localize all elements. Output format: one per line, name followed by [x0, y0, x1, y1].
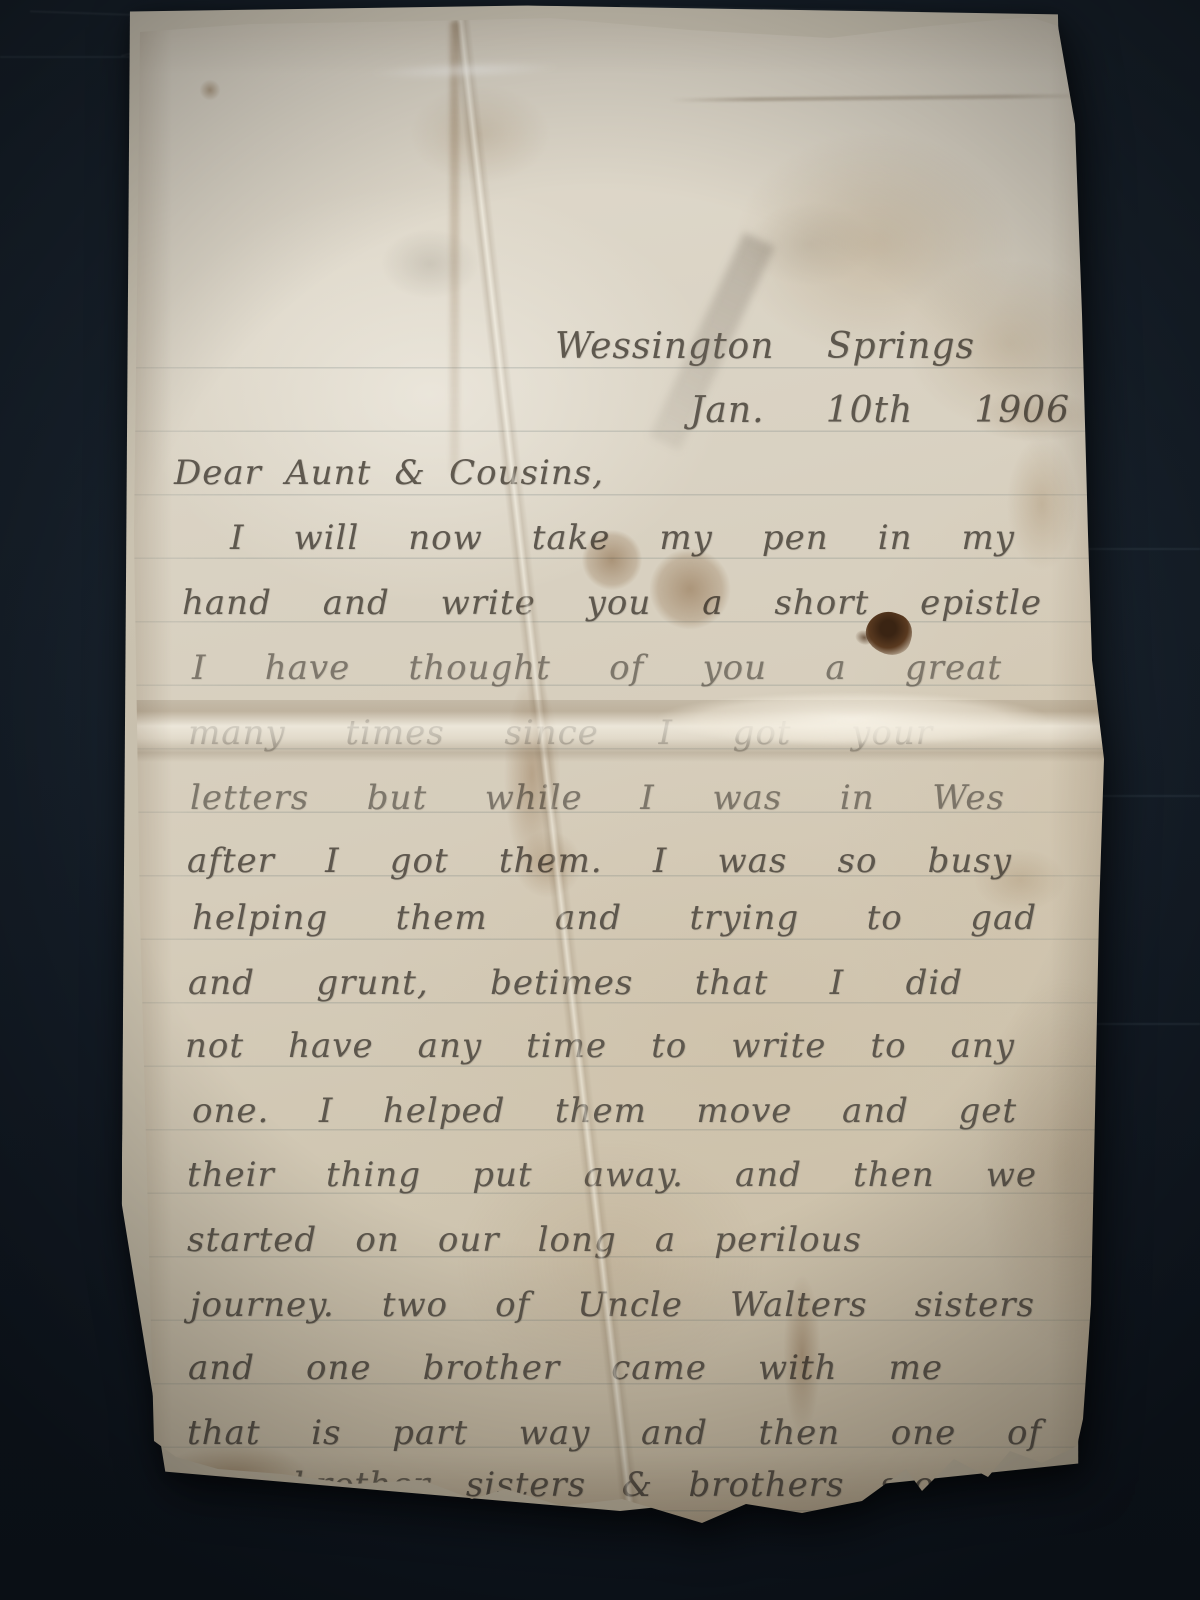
edge-shading — [130, 14, 1105, 1529]
background-seam — [0, 56, 150, 58]
photo-background: Wessington Springs Jan. 10th 1906 Dear A… — [0, 0, 1200, 1600]
letter-page: Wessington Springs Jan. 10th 1906 Dear A… — [130, 14, 1105, 1529]
letter-paper-stack: Wessington Springs Jan. 10th 1906 Dear A… — [130, 14, 1105, 1529]
